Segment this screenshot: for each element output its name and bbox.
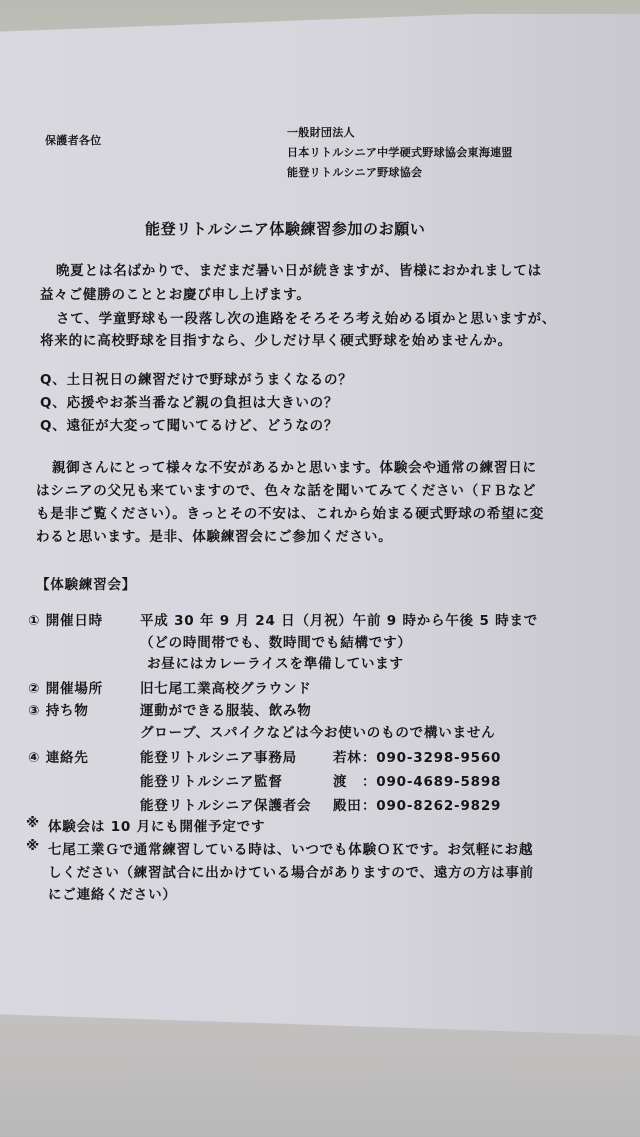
note-1: 体験会は 10 月にも開催予定です xyxy=(48,815,265,835)
message-line-4: わると思います。是非、体験練習会にご参加ください。 xyxy=(36,525,392,545)
date-value: 平成 30 年 9 月 24 日（月祝）午前 9 時から午後 5 時まで xyxy=(140,609,538,629)
contact-org-1: 能登リトルシニア事務局 xyxy=(140,746,297,766)
section-heading: 【体験練習会】 xyxy=(36,573,136,593)
sender-line-1: 一般財団法人 xyxy=(287,124,355,140)
message-line-2: はシニアの父兄も来ていますので、色々な話を聞いてみてください（ＦＢなど xyxy=(36,479,536,499)
intro-line-1: 晩夏とは名ばかりで、まだまだ暑い日が続きますが、皆様におかれましては xyxy=(56,259,542,279)
question-1: Q、土日祝日の練習だけで野球がうまくなるの？ xyxy=(40,368,353,388)
sender-line-3: 能登リトルシニア野球協会 xyxy=(287,164,422,180)
note-mark-1: ※ xyxy=(26,815,40,831)
date-note-1: （どの時間帯でも、数時間でも結構です） xyxy=(140,631,412,651)
date-label: ① 開催日時 xyxy=(28,609,138,629)
contact-org-3: 能登リトルシニア保護者会 xyxy=(140,794,311,814)
contact-phone-3: ：090-8262-9829 xyxy=(362,794,501,814)
question-3: Q、遠征が大変って聞いてるけど、どうなの？ xyxy=(40,414,338,434)
items-note: グローブ、スパイクなどは今お使いのもので構いません xyxy=(140,721,495,741)
venue-label: ② 開催場所 xyxy=(28,677,138,697)
contact-phone-1: ：090-3298-9560 xyxy=(362,746,501,766)
addressee: 保護者各位 xyxy=(45,132,102,148)
contact-name-2: 渡 xyxy=(333,770,347,790)
message-line-1: 親御さんにとって様々な不安があるかと思います。体験会や通常の練習日に xyxy=(52,456,537,476)
intro-line-3: さて、学童野球も一段落し次の進路をそろそろ考え始める頃かと思いますが、 xyxy=(56,307,556,327)
items-value: 運動ができる服装、飲み物 xyxy=(140,699,312,719)
contact-label: ④ 連絡先 xyxy=(28,746,138,766)
question-2: Q、応援やお茶当番など親の負担は大きいの？ xyxy=(40,391,338,411)
contact-phone-2: ：090-4689-5898 xyxy=(362,770,501,790)
contact-name-1: 若林 xyxy=(333,746,362,766)
note-mark-2: ※ xyxy=(26,838,40,854)
intro-line-4: 将来的に高校野球を目指すなら、少しだけ早く硬式野球を始めませんか。 xyxy=(40,329,512,349)
page-title: 能登リトルシニア体験練習参加のお願い xyxy=(145,218,425,239)
sender-line-2: 日本リトルシニア中学硬式野球協会東海連盟 xyxy=(287,144,513,160)
note-2-line-1: 七尾工業Ｇで通常練習している時は、いつでも体験ＯＫです。お気軽にお越 xyxy=(48,838,533,858)
date-note-2: お昼にはカレーライスを準備しています xyxy=(147,652,404,672)
venue-value: 旧七尾工業高校グラウンド xyxy=(140,677,312,697)
note-2-line-2: しください（練習試合に出かけている場合がありますので、遠方の方は事前 xyxy=(48,861,534,881)
document-content: 保護者各位 一般財団法人 日本リトルシニア中学硬式野球協会東海連盟 能登リトルシ… xyxy=(0,0,640,1137)
contact-name-3: 殿田 xyxy=(333,794,362,814)
note-2-line-3: にご連絡ください） xyxy=(48,883,177,903)
contact-org-2: 能登リトルシニア監督 xyxy=(140,770,283,790)
items-label: ③ 持ち物 xyxy=(28,699,138,719)
intro-line-2: 益々ご健勝のこととお慶び申し上げます。 xyxy=(40,283,311,303)
message-line-3: も是非ご覧ください）。きっとその不安は、これから始まる硬式野球の希望に変 xyxy=(36,502,544,522)
